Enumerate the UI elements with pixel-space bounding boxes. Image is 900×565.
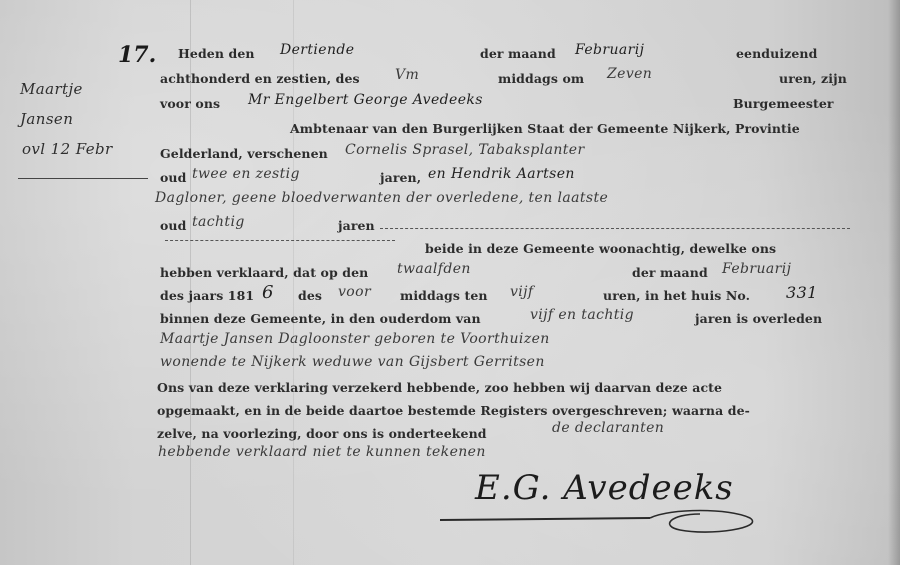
printed-text: des jaars 181 bbox=[160, 288, 254, 303]
printed-text: voor ons bbox=[160, 96, 220, 111]
printed-text: beide in deze Gemeente woonachtig, dewel… bbox=[425, 241, 776, 256]
printed-text: Gelderland, verschenen bbox=[160, 146, 328, 161]
handwritten-age-2: tachtig bbox=[192, 214, 245, 230]
handwritten-declarants-note: de declaranten bbox=[552, 420, 664, 436]
fill-dash-line bbox=[165, 240, 395, 241]
handwritten-official-name: Mr Engelbert George Avedeeks bbox=[248, 92, 483, 108]
fill-dash-line bbox=[380, 228, 850, 229]
handwritten-period: Vm bbox=[395, 67, 419, 83]
printed-text: opgemaakt, en in de beide daartoe bestem… bbox=[157, 403, 750, 418]
handwritten-age-1: twee en zestig bbox=[192, 166, 300, 182]
handwritten-declarant-1: Cornelis Sprasel, Tabaksplanter bbox=[345, 142, 585, 158]
handwritten-declarant-2: en Hendrik Aartsen bbox=[428, 166, 575, 182]
printed-text: der maand bbox=[632, 265, 708, 280]
printed-text: des bbox=[298, 288, 322, 303]
handwritten-house-number: 331 bbox=[786, 283, 818, 302]
handwritten-deceased-name: Maartje Jansen Dagloonster geboren te Vo… bbox=[160, 331, 550, 347]
document-page: 17. Maartje Jansen ovl 12 Febr Heden den… bbox=[0, 0, 900, 565]
handwritten-declarant-occupation: Dagloner, geene bloedverwanten der overl… bbox=[155, 190, 608, 206]
margin-note-date: ovl 12 Febr bbox=[22, 140, 113, 158]
handwritten-year-digit: 6 bbox=[262, 282, 274, 303]
printed-text: achthonderd en zestien, des bbox=[160, 71, 360, 86]
printed-text: middags om bbox=[498, 71, 584, 86]
printed-text: jaren bbox=[338, 218, 375, 233]
entry-number: 17. bbox=[118, 42, 156, 68]
margin-divider bbox=[18, 178, 148, 179]
printed-text: der maand bbox=[480, 46, 556, 61]
handwritten-period-2: voor bbox=[338, 284, 371, 300]
printed-text: Ambtenaar van den Burgerlijken Staat der… bbox=[290, 121, 800, 136]
handwritten-death-hour: vijf bbox=[510, 284, 534, 300]
handwritten-hour: Zeven bbox=[607, 66, 652, 82]
printed-text: jaren is overleden bbox=[695, 311, 822, 326]
printed-text: eenduizend bbox=[736, 46, 817, 61]
printed-text: zelve, na voorlezing, door ons is ondert… bbox=[157, 426, 487, 441]
printed-text: Burgemeester bbox=[733, 96, 834, 111]
margin-note-surname: Jansen bbox=[20, 110, 73, 128]
handwritten-death-day: twaalfden bbox=[397, 261, 471, 277]
printed-text: hebben verklaard, dat op den bbox=[160, 265, 368, 280]
handwritten-day: Dertiende bbox=[280, 42, 354, 58]
handwritten-age-deceased: vijf en tachtig bbox=[530, 307, 634, 323]
printed-text: uren, in het huis No. bbox=[603, 288, 750, 303]
printed-text: middags ten bbox=[400, 288, 488, 303]
handwritten-deceased-residence: wonende te Nijkerk weduwe van Gijsbert G… bbox=[160, 354, 545, 370]
margin-note-name: Maartje bbox=[20, 80, 83, 98]
handwritten-month: Februarij bbox=[575, 42, 644, 58]
printed-text: Ons van deze verklaring verzekerd hebben… bbox=[157, 380, 722, 395]
handwritten-death-month: Februarij bbox=[722, 261, 791, 277]
printed-text: oud bbox=[160, 170, 186, 185]
page-edge-shadow bbox=[888, 0, 900, 565]
printed-text: uren, zijn bbox=[779, 71, 847, 86]
printed-text: jaren, bbox=[380, 170, 421, 185]
printed-text: Heden den bbox=[178, 46, 255, 61]
printed-text: oud bbox=[160, 218, 186, 233]
handwritten-cannot-sign-note: hebbende verklaard niet te kunnen tekene… bbox=[158, 444, 486, 460]
printed-text: binnen deze Gemeente, in den ouderdom va… bbox=[160, 311, 481, 326]
signature-flourish-icon bbox=[440, 500, 780, 540]
